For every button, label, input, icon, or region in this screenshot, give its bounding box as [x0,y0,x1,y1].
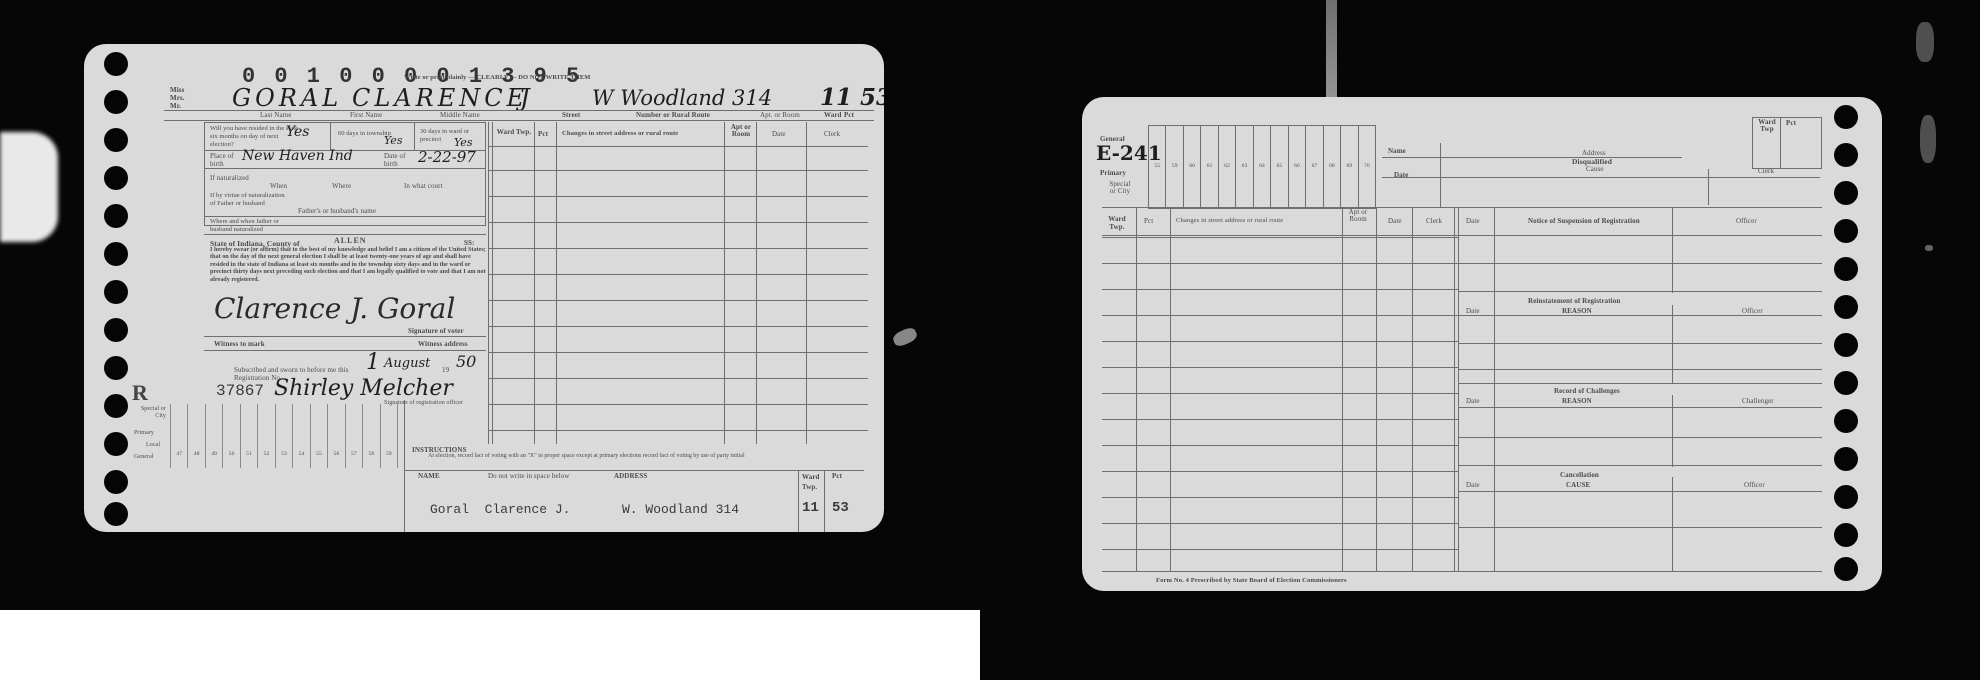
rule [1672,207,1673,293]
punch-hole [104,502,128,526]
rule [1458,207,1459,571]
rule [204,350,486,351]
rule [1458,383,1822,384]
grid-col: 49 [205,404,222,468]
rule [1102,237,1458,238]
registration-number: 37867 [216,382,264,400]
rule [1102,471,1458,472]
grid-year: 58 [369,451,375,457]
grid-year: 57 [351,451,357,457]
back-label-address: Address [1582,149,1606,157]
punch-hole [1834,557,1858,581]
grid-col: 62 [1218,126,1235,208]
grid-year: 56 [334,451,340,457]
grid-col: 66 [1288,126,1305,208]
rule [1102,419,1458,420]
reinstatement-reason-label: REASON [1562,307,1592,315]
rule [414,122,415,150]
label-pct: Pct [844,111,854,119]
grid-col: 59 [1165,126,1182,208]
front-voting-grid: 47 48 49 50 51 52 53 54 55 56 57 58 59 [170,404,398,468]
rule [1382,177,1820,178]
q-state-residence: Will you have resided in the state six m… [210,125,298,149]
film-speck [1920,115,1936,163]
reinstatement-title: Reinstatement of Registration [1528,297,1620,305]
grid-col: 67 [1305,126,1322,208]
rule [1342,207,1343,571]
grid-row-primary: Primary [134,430,154,436]
rule [1376,207,1377,571]
rule [488,326,868,327]
rule [1102,289,1458,290]
rule [1102,497,1458,498]
rule [1440,143,1441,207]
ward-pct-value: 11 53 [820,84,884,111]
grid-year: 52 [264,451,270,457]
rule [1102,571,1822,572]
label-subscribed: Subscribed and sworn to before me this [234,366,349,374]
a-township: Yes [384,134,402,147]
punch-hole [104,166,128,190]
punch-hole [104,280,128,304]
rule [1170,207,1171,571]
oath-text: I hereby swear (or affirm) that to the b… [210,246,486,283]
punch-hole [104,470,128,494]
rule [330,122,331,150]
grid-year: 61 [1207,163,1213,169]
rule [488,378,868,379]
suspension-title: Notice of Suspension of Registration [1528,217,1640,225]
cancellation-officer-label: Officer [1744,481,1765,489]
grid-col: 55 [310,404,327,468]
punch-hole [104,128,128,152]
label-ward: Ward [824,111,842,119]
q-ward: 30 days in ward or precinct [420,128,484,144]
grid-year: 55 [316,451,322,457]
rule [488,430,868,431]
back-col-ward-twp: Ward Twp. [1100,215,1134,231]
grid-col: 50 [222,404,239,468]
punch-hole [1834,219,1858,243]
a-state-residence: Yes [286,124,310,140]
grid-year: 62 [1224,163,1230,169]
grid-col: 56 [327,404,344,468]
rule [1672,305,1673,383]
county-value: ALLEN [334,236,367,245]
grid-col: 53 [275,404,292,468]
punch-hole [104,432,128,456]
reinstatement-date-label: Date [1466,307,1480,315]
front-col-changes: Changes in street address or rural route [562,130,678,137]
rule [1494,207,1495,571]
challenges-challenger-label: Challenger [1742,397,1774,405]
punch-hole [104,394,128,418]
grid-col: 58 [362,404,379,468]
grid-year: 55 [1154,163,1160,169]
punch-hole [1834,257,1858,281]
birth-place-value: New Haven Ind [242,148,353,164]
rule [488,274,868,275]
rule [488,404,868,405]
subscribed-year: 50 [456,352,476,371]
birth-date-value: 2-22-97 [418,148,476,166]
rule [798,470,799,532]
punch-hole [1834,181,1858,205]
col-pct: Pct [832,472,842,480]
grid-year: 49 [211,451,217,457]
col-name: NAME [418,472,440,480]
back-col-changes: Changes in street address or rural route [1176,217,1283,224]
punch-hole [1834,523,1858,547]
grid-col: 69 [1340,126,1357,208]
prefix-miss: Miss [170,86,184,94]
front-col-pct: Pct [538,130,548,138]
rule [824,470,825,532]
label-where-when-naturalized: Where and when father or husband natural… [210,218,300,234]
back-grid-row-special: Special or City [1106,181,1134,195]
rule [1102,263,1458,264]
cancellation-date-label: Date [1466,481,1480,489]
rule [1458,343,1822,344]
cancellation-title: Cancellation [1560,471,1599,479]
label-middle-name: Middle Name [440,111,480,119]
label-father-name: Father's or husband's name [298,207,376,215]
instructions-text: At election, record fact of voting with … [428,453,828,460]
grid-year: 51 [246,451,252,457]
rule [1382,157,1682,158]
rule [1458,235,1822,236]
middle-name-value: J [520,84,530,112]
punch-hole [1834,447,1858,471]
rule [1102,315,1458,316]
rule [1458,369,1822,370]
typed-address: W. Woodland 314 [622,502,739,517]
rule [488,170,868,171]
grid-row-general: General [134,454,154,460]
label-birth-place: Place of birth [210,152,240,168]
label-when: When [270,182,287,190]
grid-year: 65 [1277,163,1283,169]
grid-year: 59 [1172,163,1178,169]
grid-col: 55 [1148,126,1165,208]
front-col-ward-twp: Ward Twp. [496,128,532,136]
label-number: Number or Rural Route [636,111,710,119]
rule [488,146,868,147]
typed-name: Goral Clarence J. [430,502,570,517]
punch-hole [104,52,128,76]
registration-letter: R [132,380,148,406]
label-court: In what court [404,182,443,190]
label-first-name: First Name [350,111,382,119]
grid-col: 61 [1200,126,1217,208]
label-street: Street [562,111,580,119]
label-year-prefix: 19 [442,366,449,374]
grid-year: 54 [299,451,305,457]
grid-col: 47 [170,404,187,468]
back-label-name: Name [1388,147,1406,155]
film-artifact-bottom [0,610,980,680]
grid-year: 64 [1259,163,1265,169]
back-col-pct: Pct [1144,217,1153,225]
rule [1458,491,1822,492]
suspension-officer-label: Officer [1736,217,1757,225]
grid-col: 59 [380,404,398,468]
last-name-value: GORAL [232,84,342,112]
prefix-mr: Mr. [170,102,181,110]
back-label-cause: Cause [1586,165,1604,173]
label-witness-mark: Witness to mark [214,340,265,348]
voter-signature: Clarence J. Goral [214,292,455,325]
prefix-mrs: Mrs. [170,94,185,102]
reinstatement-officer-label: Officer [1742,307,1763,315]
grid-col: 65 [1270,126,1287,208]
grid-year: 47 [176,451,182,457]
grid-year: 50 [229,451,235,457]
cancellation-cause-label: CAUSE [1566,481,1590,489]
rule [488,248,868,249]
rule [1458,291,1822,292]
grid-year: 67 [1312,163,1318,169]
rule [204,168,486,169]
label-birth-date: Date of birth [384,152,414,168]
rule [1102,235,1458,236]
punch-hole [1834,333,1858,357]
col-address: ADDRESS [614,472,647,480]
back-label-pct: Pct [1786,119,1796,127]
front-col-date: Date [772,130,786,138]
rule [1102,207,1822,208]
front-col-clerk: Clerk [824,130,840,138]
back-label-ward-twp: Ward Twp [1756,119,1778,133]
rule [1458,437,1822,438]
punch-hole [104,204,128,228]
back-col-apt: Apt or Room [1344,209,1372,223]
punch-hole [1834,409,1858,433]
rule [1102,393,1458,394]
rule [1458,527,1822,528]
grid-year: 63 [1242,163,1248,169]
rule [1102,549,1458,550]
label-signature-voter: Signature of voter [408,327,464,335]
typed-ward: 11 [802,500,819,516]
rule [404,400,405,532]
rule [204,234,486,235]
label-apt: Apt. or Room [760,111,800,119]
rule [1458,315,1822,316]
grid-row-local: Local [146,442,160,448]
grid-year: 59 [386,451,392,457]
rule [1458,465,1822,466]
punch-hole [1834,295,1858,319]
punch-hole [104,356,128,380]
grid-year: 60 [1189,163,1195,169]
back-grid-row-primary: Primary [1100,169,1126,177]
grid-col: 51 [240,404,257,468]
rule [488,300,868,301]
label-naturalized: If naturalized [210,174,249,182]
film-speck [1916,22,1934,62]
rule [164,120,874,121]
grid-col: 57 [345,404,362,468]
label-where: Where [332,182,351,190]
back-col-date: Date [1388,217,1402,225]
challenges-date-label: Date [1466,397,1480,405]
grid-year: 70 [1364,163,1370,169]
subscribed-month: August [384,356,430,371]
suspension-date-label: Date [1466,217,1480,225]
punch-hole [1834,371,1858,395]
grid-year: 48 [194,451,200,457]
film-artifact-left [0,132,58,242]
film-speck [1925,245,1933,251]
officer-signature: Shirley Melcher [274,376,453,401]
rule [1102,341,1458,342]
grid-col: 68 [1323,126,1340,208]
rule [1102,523,1458,524]
registration-card-back: General E-241 Primary Special or City 55… [1082,97,1882,591]
grid-col: 54 [292,404,309,468]
punch-hole [104,90,128,114]
rule [1454,207,1455,571]
grid-row-special: Special or City [138,406,166,420]
film-scratch [1326,0,1337,100]
rule [1458,263,1822,264]
rule [204,336,486,337]
grid-year: 68 [1329,163,1335,169]
rule [1412,207,1413,571]
rule [1780,117,1781,169]
grid-year: 53 [281,451,287,457]
rule [488,222,868,223]
punch-hole [1834,485,1858,509]
rule [404,470,864,471]
rule [1136,207,1137,571]
back-voting-grid: 55 59 60 61 62 63 64 65 66 67 68 69 70 [1148,125,1376,209]
street-value: W Woodland 314 [592,86,772,110]
form-footer: Form No. 4 Prescribed by State Board of … [1156,577,1347,584]
col-ward-twp: Ward Twp. [802,472,820,492]
punch-hole [104,318,128,342]
rule [488,196,868,197]
col-do-not-write: Do not write in space below [488,472,569,480]
challenges-reason-label: REASON [1562,397,1592,405]
back-col-clerk: Clerk [1426,217,1442,225]
typed-pct: 53 [832,500,849,516]
label-witness-address: Witness address [418,340,468,348]
punch-hole [1834,143,1858,167]
rule [1102,367,1458,368]
rule [1102,445,1458,446]
grid-col: 70 [1358,126,1376,208]
grid-col: 52 [257,404,274,468]
label-father-naturalization: If by virtue of naturalization of Father… [210,192,290,208]
grid-col: 63 [1235,126,1252,208]
grid-year: 69 [1347,163,1353,169]
rule [204,216,486,217]
rule [488,352,868,353]
challenges-title: Record of Challenges [1554,387,1620,395]
rule [1672,395,1673,467]
front-col-apt: Apt or Room [728,124,754,138]
first-name-value: CLARENCE [352,84,528,112]
rule [1708,169,1709,205]
subscribed-day: 1 [366,350,380,375]
grid-col: 60 [1183,126,1200,208]
label-last-name: Last Name [260,111,291,119]
punch-hole [1834,105,1858,129]
top-instruction: Write or print plainly — CLEARLY — DO NO… [404,74,591,81]
registration-card-front: 0 0 1 0 0 0 0 1 3 9 5 Write or print pla… [84,44,884,532]
grid-col: 64 [1253,126,1270,208]
grid-year: 66 [1294,163,1300,169]
grid-col: 48 [187,404,204,468]
rule [1458,407,1822,408]
punch-hole [104,242,128,266]
